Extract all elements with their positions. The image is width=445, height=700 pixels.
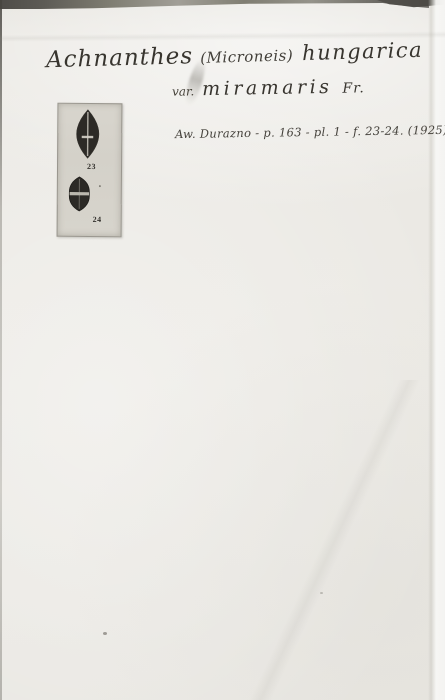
- figure-24-label: 24: [93, 215, 102, 224]
- variety-author: Fr.: [342, 80, 365, 96]
- genus-name: Achnanthes: [46, 43, 194, 73]
- paper-speck: [103, 632, 107, 635]
- species-name: hungarica: [302, 38, 424, 65]
- diatom-elliptic-valve-icon: [69, 177, 89, 211]
- scan-edge-left: [0, 0, 2, 700]
- scan-edge-top-right: [377, 0, 429, 8]
- paper-crease-bottom-right: [225, 380, 445, 700]
- specimen-strip: 23 24: [57, 103, 123, 237]
- taxon-title: Achnanthes(Microneis)hungarica: [46, 37, 424, 74]
- scan-edge-top: [0, 0, 445, 9]
- variety-line: var.miramarisFr.: [172, 75, 365, 100]
- scanned-index-card: Achnanthes(Microneis)hungarica var.miram…: [0, 0, 445, 700]
- ink-dot: [99, 185, 101, 187]
- variety-name: miramaris: [202, 76, 333, 100]
- citation-line: Aw. Durazno - p. 163 - pl. 1 - f. 23-24.…: [175, 123, 445, 141]
- variety-prefix: var.: [172, 84, 194, 98]
- diatom-lanceolate-valve-icon: [77, 110, 99, 158]
- subgenus-name: (Microneis): [200, 46, 293, 67]
- figure-23-label: 23: [87, 162, 96, 171]
- paper-speck: [320, 592, 323, 594]
